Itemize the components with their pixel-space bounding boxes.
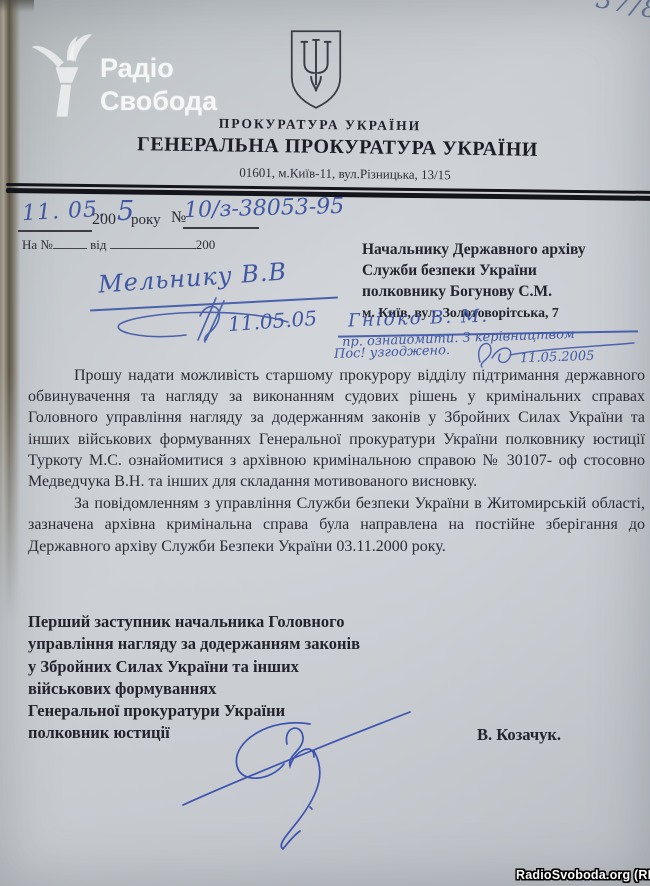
date-blank-line bbox=[18, 230, 92, 232]
signer-name: В. Козачук. bbox=[477, 725, 561, 745]
resolution-date-handwriting: 11.05.2005 bbox=[520, 349, 595, 367]
year-printed: 200 bbox=[92, 211, 116, 229]
corner-shadow bbox=[0, 0, 34, 12]
vid-blank bbox=[110, 237, 196, 249]
trident-emblem-icon bbox=[284, 27, 348, 113]
org-name-small: ПРОКУРАТУРА УКРАЇНИ bbox=[95, 114, 545, 135]
body-paragraph-2: За повідомленням з управління Служби без… bbox=[28, 493, 645, 557]
letter-body: Прошу надати можливість старшому прокуро… bbox=[28, 365, 645, 557]
recipient-line: Начальнику Державного архіву bbox=[362, 239, 650, 260]
signer-signature-icon bbox=[175, 695, 420, 855]
radio-svoboda-logo: Радіо Свобода bbox=[30, 28, 217, 122]
year-suffix: року bbox=[131, 212, 161, 229]
page-edge bbox=[0, 0, 20, 640]
radio-svoboda-wordmark: Радіо Свобода bbox=[100, 52, 217, 122]
vid-label: від bbox=[90, 237, 106, 252]
recipient-line: полковнику Богунову С.М. bbox=[362, 281, 650, 302]
logo-line-2: Свобода bbox=[100, 85, 217, 118]
two-hundred-label: 200 bbox=[196, 237, 216, 252]
assignee-handwriting: Мельнику В.В bbox=[97, 257, 288, 298]
org-address: 01601, м.Київ-11, вул.Різницька, 13/15 bbox=[45, 162, 645, 185]
logo-line-1: Радіо bbox=[100, 52, 217, 85]
document-photo: 37/8 Радіо Свобода ПРОКУРАТ bbox=[0, 0, 650, 886]
org-name-large: ГЕНЕРАЛЬНА ПРОКУРАТУРА УКРАЇНИ bbox=[25, 132, 650, 164]
corner-note-handwriting: 37/8 bbox=[594, 0, 650, 25]
torch-icon bbox=[30, 28, 94, 122]
incoming-ref-row: На № від 200 bbox=[22, 237, 215, 253]
signoff-line: Перший заступник начальника Головного bbox=[28, 611, 438, 633]
resolution-line2-handwriting: Пос! узгоджено. bbox=[334, 343, 451, 362]
recipient-line: Служби безпеки України bbox=[362, 260, 650, 281]
signoff-line: у Збройних Силах України та інших bbox=[28, 656, 438, 678]
resolution-name-handwriting: Гнідко В. М. bbox=[348, 306, 490, 332]
signoff-line: управління нагляду за додержанням законі… bbox=[28, 633, 438, 655]
na-no-label: На № bbox=[22, 237, 53, 252]
na-no-blank bbox=[53, 237, 87, 249]
number-handwriting: 10/з-38053-95 bbox=[184, 194, 345, 223]
number-blank-line bbox=[183, 227, 259, 229]
watermark-credit: RadioSvoboda.org (RFE/RL) bbox=[516, 868, 650, 882]
body-paragraph-1: Прошу надати можливість старшому прокуро… bbox=[28, 365, 645, 492]
